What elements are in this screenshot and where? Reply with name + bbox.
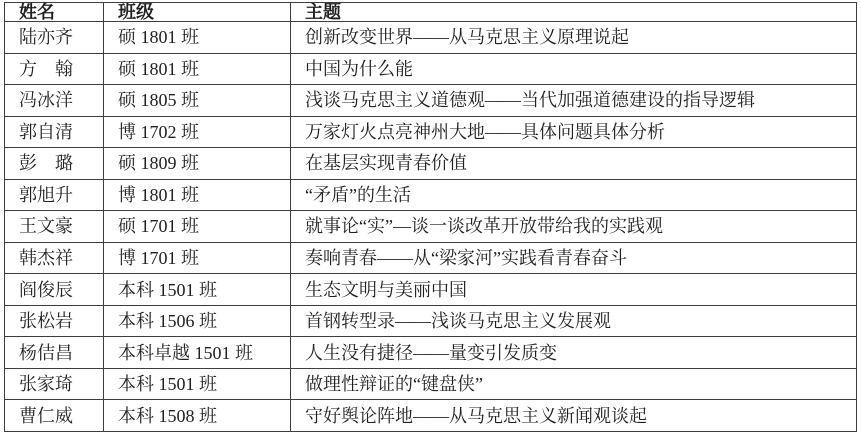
table-row: 陆亦齐 硕 1801 班 创新改变世界——从马克思主义原理说起 <box>5 22 857 54</box>
table-row: 张家琦 本科 1501 班 做理性辩证的“键盘侠” <box>5 368 857 400</box>
table-row: 冯冰洋 硕 1805 班 浅谈马克思主义道德观——当代加强道德建设的指导逻辑 <box>5 85 857 117</box>
class-cell: 硕 1701 班 <box>104 211 291 243</box>
class-cell: 博 1701 班 <box>104 242 291 274</box>
column-header-topic: 主题 <box>291 3 857 22</box>
student-name-cell: 陆亦齐 <box>5 22 104 54</box>
table-row: 韩杰祥 博 1701 班 奏响青春——从“梁家河”实践看青春奋斗 <box>5 242 857 274</box>
topic-cell: 创新改变世界——从马克思主义原理说起 <box>291 22 857 54</box>
class-cell: 硕 1805 班 <box>104 85 291 117</box>
class-cell: 本科 1506 班 <box>104 305 291 337</box>
student-name-cell: 彭 璐 <box>5 148 104 180</box>
column-header-class: 班级 <box>104 3 291 22</box>
topic-cell: 在基层实现青春价值 <box>291 148 857 180</box>
topic-cell: 人生没有捷径——量变引发质变 <box>291 337 857 369</box>
table-row: 阎俊辰 本科 1501 班 生态文明与美丽中国 <box>5 274 857 306</box>
presentation-roster-table: 姓名 班级 主题 陆亦齐 硕 1801 班 创新改变世界——从马克思主义原理说起… <box>4 2 857 432</box>
class-cell: 硕 1801 班 <box>104 22 291 54</box>
topic-cell: 奏响青春——从“梁家河”实践看青春奋斗 <box>291 242 857 274</box>
table-row: 彭 璐 硕 1809 班 在基层实现青春价值 <box>5 148 857 180</box>
topic-cell: 就事论“实”—谈一谈改革开放带给我的实践观 <box>291 211 857 243</box>
student-name-cell: 韩杰祥 <box>5 242 104 274</box>
student-name-cell: 方 翰 <box>5 53 104 85</box>
topic-cell: 做理性辩证的“键盘侠” <box>291 368 857 400</box>
table-row: 郭旭升 博 1801 班 “矛盾”的生活 <box>5 179 857 211</box>
class-cell: 硕 1809 班 <box>104 148 291 180</box>
table-row: 郭自清 博 1702 班 万家灯火点亮神州大地——具体问题具体分析 <box>5 116 857 148</box>
header-row: 姓名 班级 主题 <box>5 3 857 22</box>
student-name-cell: 王文豪 <box>5 211 104 243</box>
class-cell: 本科 1501 班 <box>104 274 291 306</box>
class-cell: 本科 1501 班 <box>104 368 291 400</box>
student-name-cell: 郭自清 <box>5 116 104 148</box>
document-page: 姓名 班级 主题 陆亦齐 硕 1801 班 创新改变世界——从马克思主义原理说起… <box>0 0 861 433</box>
class-cell: 本科卓越 1501 班 <box>104 337 291 369</box>
topic-cell: 中国为什么能 <box>291 53 857 85</box>
class-cell: 博 1801 班 <box>104 179 291 211</box>
student-name-cell: 张家琦 <box>5 368 104 400</box>
table-body: 陆亦齐 硕 1801 班 创新改变世界——从马克思主义原理说起 方 翰 硕 18… <box>5 22 857 432</box>
table-row: 曹仁威 本科 1508 班 守好舆论阵地——从马克思主义新闻观谈起 <box>5 400 857 432</box>
student-name-cell: 冯冰洋 <box>5 85 104 117</box>
table-row: 张松岩 本科 1506 班 首钢转型录——浅谈马克思主义发展观 <box>5 305 857 337</box>
table-row: 王文豪 硕 1701 班 就事论“实”—谈一谈改革开放带给我的实践观 <box>5 211 857 243</box>
student-name-cell: 曹仁威 <box>5 400 104 432</box>
class-cell: 本科 1508 班 <box>104 400 291 432</box>
student-name-cell: 杨佶昌 <box>5 337 104 369</box>
topic-cell: “矛盾”的生活 <box>291 179 857 211</box>
table-row: 杨佶昌 本科卓越 1501 班 人生没有捷径——量变引发质变 <box>5 337 857 369</box>
topic-cell: 首钢转型录——浅谈马克思主义发展观 <box>291 305 857 337</box>
table-row: 方 翰 硕 1801 班 中国为什么能 <box>5 53 857 85</box>
topic-cell: 万家灯火点亮神州大地——具体问题具体分析 <box>291 116 857 148</box>
column-header-name: 姓名 <box>5 3 104 22</box>
class-cell: 博 1702 班 <box>104 116 291 148</box>
class-cell: 硕 1801 班 <box>104 53 291 85</box>
topic-cell: 浅谈马克思主义道德观——当代加强道德建设的指导逻辑 <box>291 85 857 117</box>
student-name-cell: 郭旭升 <box>5 179 104 211</box>
student-name-cell: 张松岩 <box>5 305 104 337</box>
student-name-cell: 阎俊辰 <box>5 274 104 306</box>
topic-cell: 守好舆论阵地——从马克思主义新闻观谈起 <box>291 400 857 432</box>
topic-cell: 生态文明与美丽中国 <box>291 274 857 306</box>
